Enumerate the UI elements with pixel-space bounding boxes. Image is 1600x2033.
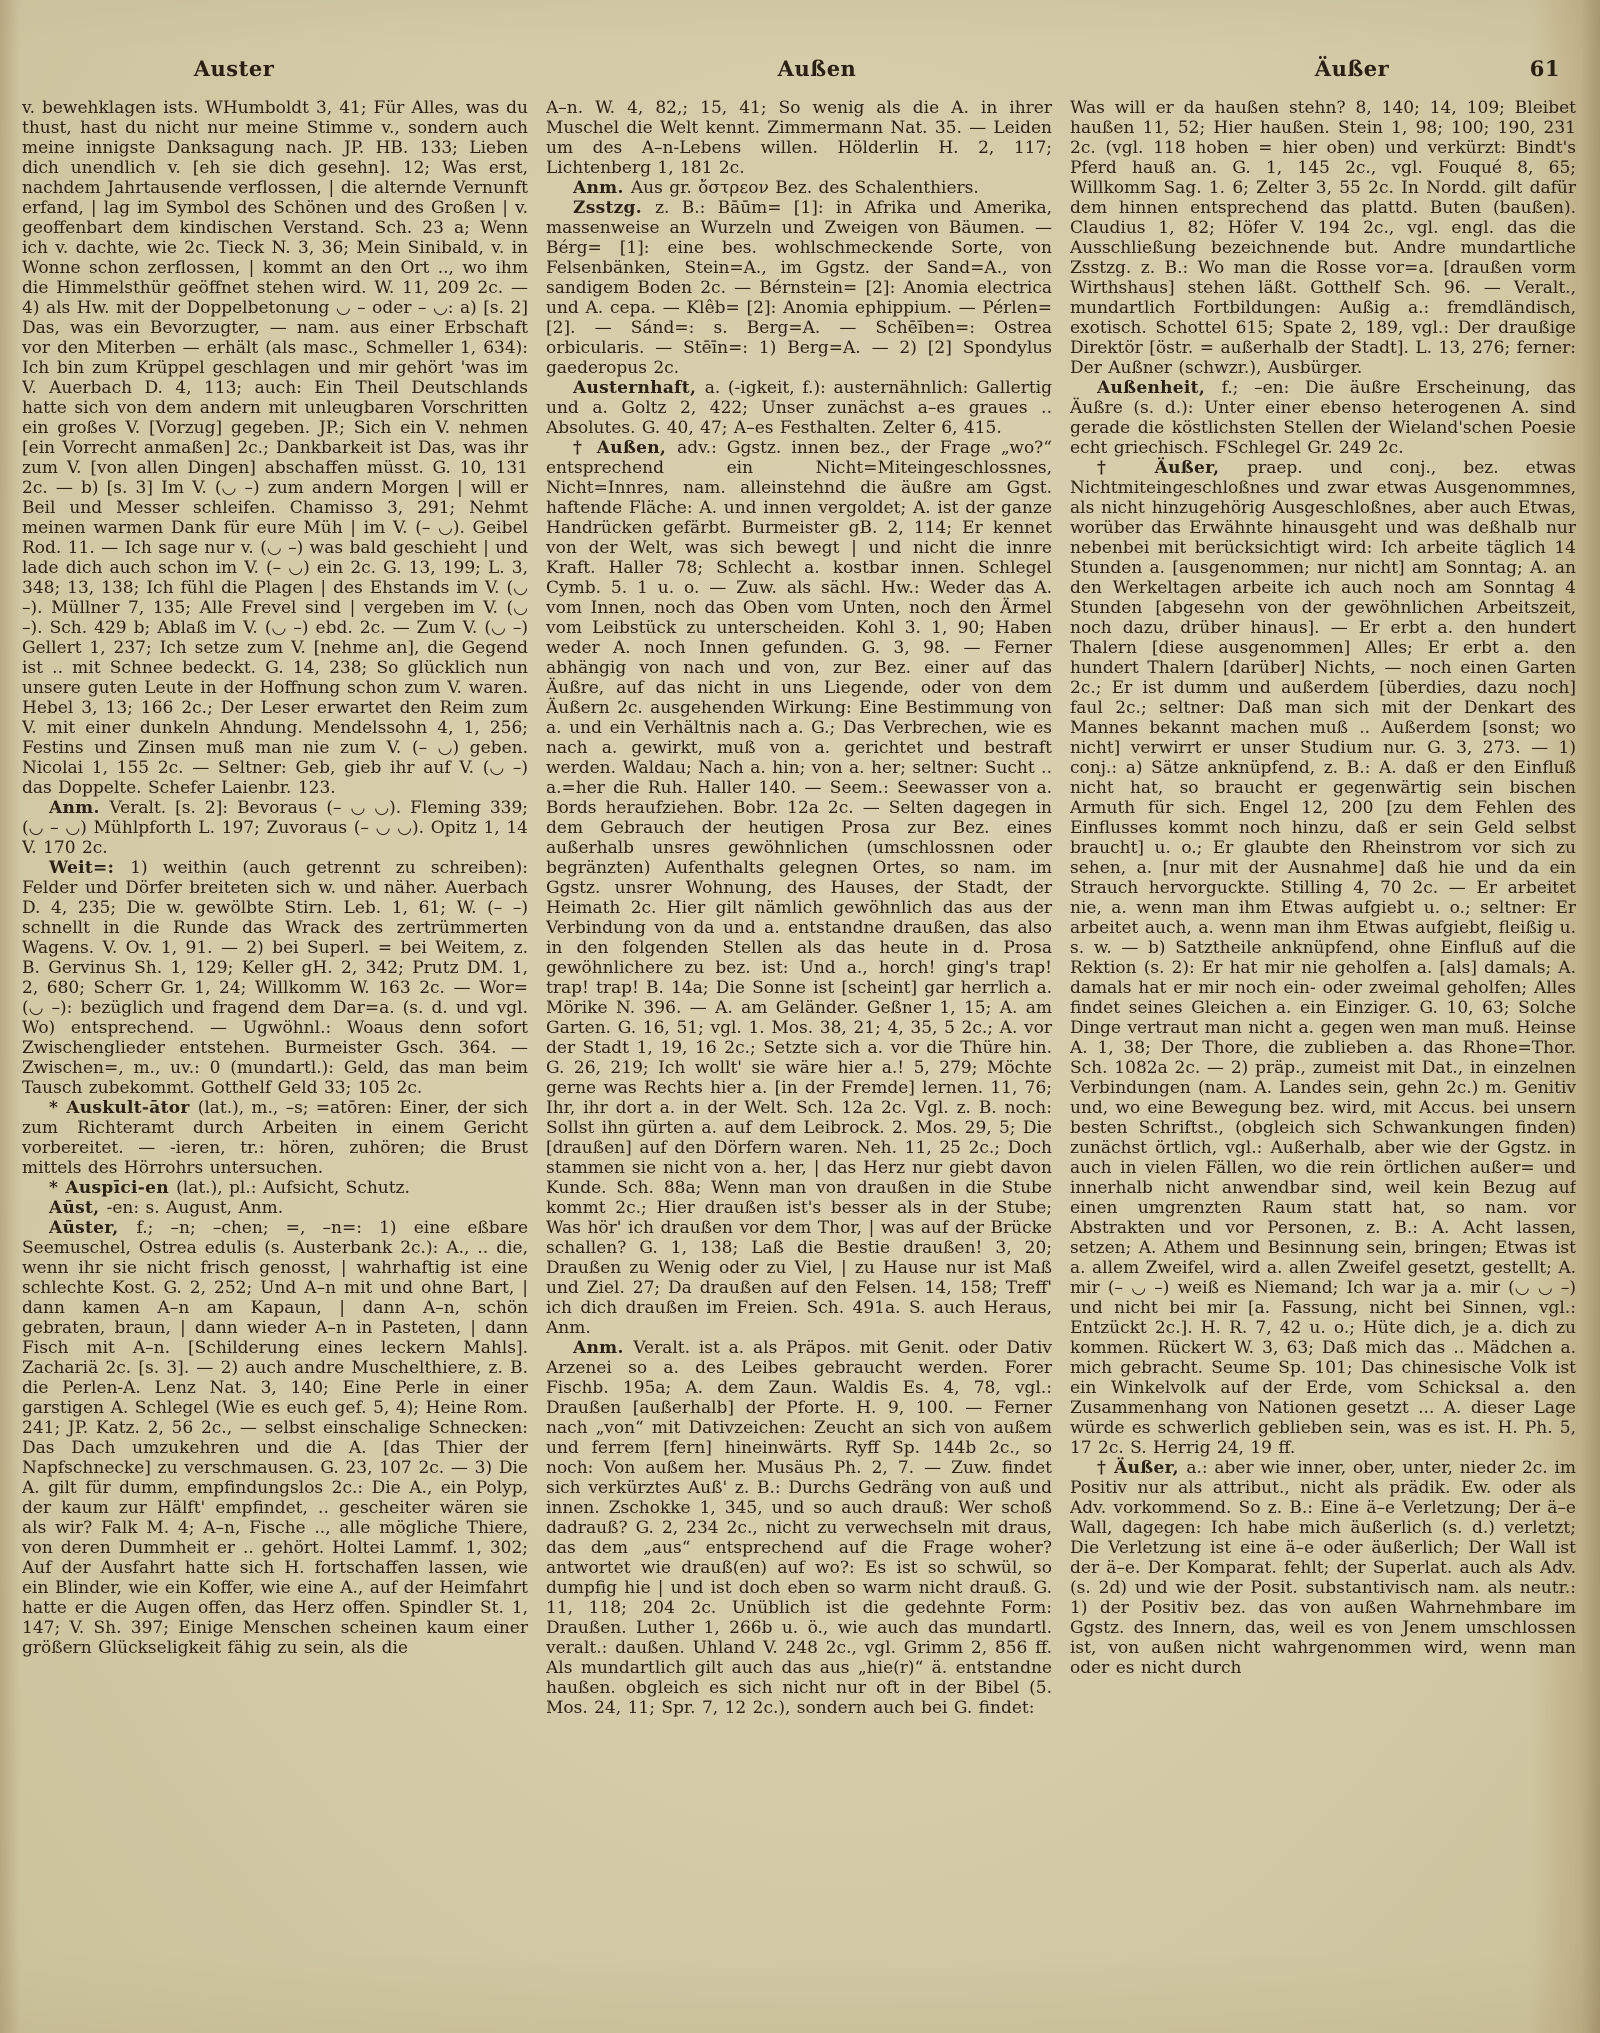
text-column: Was will er da haußen stehn? 8, 140; 14,… xyxy=(1070,98,1576,1910)
dictionary-paragraph: † Äußer, a.: aber wie inner, ober, unter… xyxy=(1070,1458,1576,1678)
dictionary-paragraph: Austernhaft, a. (-igkeit, f.): austernäh… xyxy=(546,378,1052,438)
text-column: A–n. W. 4, 82,; 15, 41; So wenig als die… xyxy=(546,98,1052,1910)
entry-headword: Außenheit, xyxy=(1097,378,1222,398)
running-head-right: Äußer xyxy=(1315,56,1389,81)
entry-headword: Aūst, xyxy=(49,1198,107,1218)
dictionary-paragraph: * Auspīci-en (lat.), pl.: Aufsicht, Schu… xyxy=(22,1178,528,1198)
entry-headword: Zsstzg. xyxy=(573,198,655,218)
entry-headword: Austernhaft, xyxy=(573,378,705,398)
dictionary-paragraph: Was will er da haußen stehn? 8, 140; 14,… xyxy=(1070,98,1576,378)
entry-headword: Anm. xyxy=(573,1338,633,1358)
dictionary-paragraph: v. bewehklagen ists. WHumboldt 3, 41; Fü… xyxy=(22,98,528,798)
text-area: v. bewehklagen ists. WHumboldt 3, 41; Fü… xyxy=(22,98,1578,1910)
entry-headword: Aūster, xyxy=(49,1218,137,1238)
dictionary-paragraph: † Äußer, praep. und conj., bez. etwas Ni… xyxy=(1070,458,1576,1458)
entry-headword: † Außen, xyxy=(573,438,677,458)
dictionary-page: { "page": { "header": { "left": "Auster"… xyxy=(0,0,1600,2033)
entry-headword: * Auskult-ātor xyxy=(49,1098,198,1118)
running-head-center: Außen xyxy=(778,56,857,81)
dictionary-paragraph: * Auskult-ātor (lat.), m., –s; =atōren: … xyxy=(22,1098,528,1178)
dictionary-paragraph: Anm. Veralt. [s. 2]: Bevoraus (– ◡ ◡). F… xyxy=(22,798,528,858)
dictionary-paragraph: Anm. Aus gr. ὄστρεον Bez. des Schalenthi… xyxy=(546,178,1052,198)
page-number: 61 xyxy=(1530,56,1560,81)
dictionary-paragraph: Außenheit, f.; –en: Die äußre Erscheinun… xyxy=(1070,378,1576,458)
entry-headword: † Äußer, xyxy=(1097,1458,1186,1478)
entry-headword: Weit=: xyxy=(49,858,130,878)
entry-headword: Anm. xyxy=(49,798,109,818)
dictionary-paragraph: Anm. Veralt. ist a. als Präpos. mit Geni… xyxy=(546,1338,1052,1718)
entry-headword: * Auspīci-en xyxy=(49,1178,176,1198)
running-head: Auster Außen Äußer 61 xyxy=(22,56,1578,86)
running-head-left: Auster xyxy=(194,56,275,81)
dictionary-paragraph: A–n. W. 4, 82,; 15, 41; So wenig als die… xyxy=(546,98,1052,178)
dictionary-paragraph: Weit=: 1) weithin (auch getrennt zu schr… xyxy=(22,858,528,1098)
entry-headword: Anm. xyxy=(573,178,631,198)
dictionary-paragraph: Zsstzg. z. B.: Bāūm= [1]: in Afrika und … xyxy=(546,198,1052,378)
dictionary-paragraph: † Außen, adv.: Ggstz. innen bez., der Fr… xyxy=(546,438,1052,1338)
dictionary-paragraph: Aūster, f.; –n; –chen; =, –n=: 1) eine e… xyxy=(22,1218,528,1658)
entry-headword: † Äußer, xyxy=(1097,458,1247,478)
dictionary-paragraph: Aūst, -en: s. August, Anm. xyxy=(22,1198,528,1218)
text-column: v. bewehklagen ists. WHumboldt 3, 41; Fü… xyxy=(22,98,528,1910)
